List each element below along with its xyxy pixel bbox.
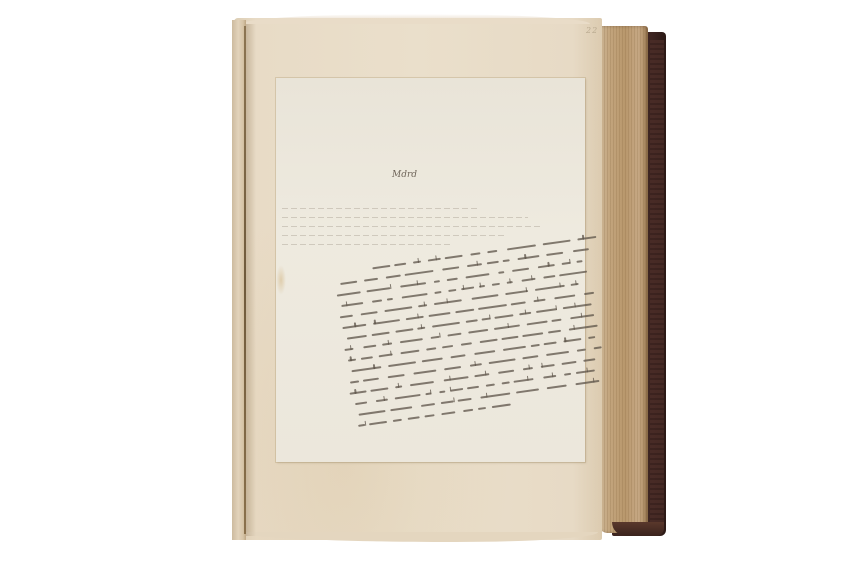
book-cover-corner [612,522,664,536]
page-number: 22 [586,26,598,35]
page-block-fore-edge [598,26,648,533]
book-cover-edge [650,40,664,530]
page-bottom-curl [240,532,598,542]
book-photo: 22 Mdrd [0,0,850,567]
manuscript-heading: Mdrd [392,170,417,180]
page-top-curl [242,14,590,24]
gutter-shadow [246,24,256,536]
